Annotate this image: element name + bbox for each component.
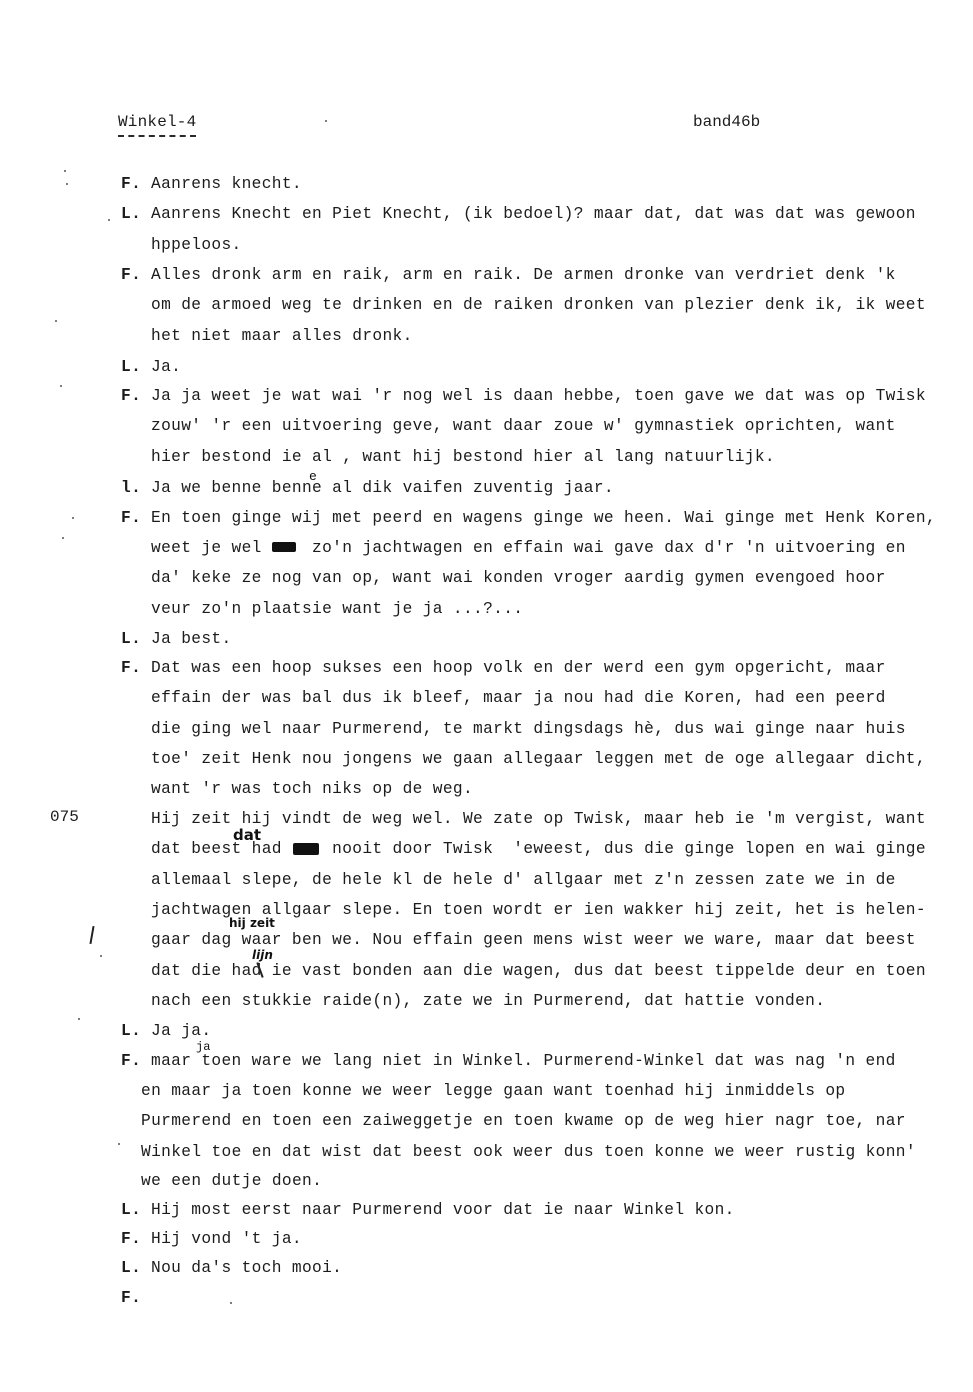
utterance-text: we een dutje doen. — [141, 1172, 322, 1190]
utterance-text: om de armoed weg te drinken en de raiken… — [151, 296, 926, 314]
speck — [108, 219, 110, 221]
utterance-text: die ging wel naar Purmerend, te markt di… — [151, 720, 906, 738]
utterance-text: Hij most eerst naar Purmerend voor dat i… — [151, 1201, 735, 1219]
utterance-text: Aanrens Knecht en Piet Knecht, (ik bedoe… — [151, 205, 916, 223]
utterance-text: zouw' 'r een uitvoering geve, want daar … — [151, 417, 896, 435]
margin-line-number: 075 — [50, 808, 79, 826]
utterance-text: Winkel toe en dat wist dat beest ook wee… — [141, 1143, 916, 1161]
utterance-text: Dat was een hoop sukses een hoop volk en… — [151, 659, 886, 677]
utterance-text: en maar ja toen konne we weer legge gaan… — [141, 1082, 846, 1100]
speck — [325, 120, 327, 122]
utterance-text: toe' zeit Henk nou jongens we gaan alleg… — [151, 750, 926, 768]
utterance-text: effain der was bal dus ik bleef, maar ja… — [151, 689, 886, 707]
speaker-label: F. — [121, 509, 141, 527]
utterance-text: Nou da's toch mooi. — [151, 1259, 342, 1277]
speaker-label: F. — [121, 1289, 141, 1307]
utterance-text: Ja ja weet je wat wai 'r nog wel is daan… — [151, 387, 926, 405]
tape-label: band46b — [693, 113, 760, 131]
utterance-text: maar toen ware we lang niet in Winkel. P… — [151, 1052, 896, 1070]
speaker-label: L. — [121, 1022, 141, 1040]
speck — [118, 1143, 120, 1145]
annotation-dat: dat — [233, 826, 261, 844]
utterance-text: Alles dronk arm en raik, arm en raik. De… — [151, 266, 896, 284]
utterance-text: het niet maar alles dronk. — [151, 327, 413, 345]
utterance-text: allemaal slepe, de hele kl de hele d' al… — [151, 871, 896, 889]
speck — [100, 955, 102, 957]
speaker-label: F. — [121, 387, 141, 405]
speaker-label: F. — [121, 659, 141, 677]
utterance-text: hppeloos. — [151, 236, 242, 254]
annotation-ja: ja — [196, 1040, 210, 1054]
speck — [66, 183, 68, 185]
speck — [62, 537, 64, 539]
utterance-text: want 'r was toch niks op de weg. — [151, 780, 473, 798]
speaker-label: L. — [121, 1201, 141, 1219]
speck — [78, 1018, 80, 1020]
redaction-mark — [293, 843, 319, 855]
utterance-text: weet je wel zo'n jachtwagen en effain wa… — [151, 539, 906, 557]
utterance-text: gaar dag waar ben we. Nou effain geen me… — [151, 931, 916, 949]
utterance-text: Hij zeit hij vindt de weg wel. We zate o… — [151, 810, 926, 828]
annotation-lijn: lijn — [252, 948, 273, 962]
utterance-text: da' keke ze nog van op, want wai konden … — [151, 569, 886, 587]
utterance-text: En toen ginge wij met peerd en wagens gi… — [151, 509, 936, 527]
margin-mark — [89, 926, 94, 944]
speck — [55, 320, 57, 322]
utterance-text: Purmerend en toen een zaiweggetje en toe… — [141, 1112, 906, 1130]
speaker-label: l. — [121, 479, 141, 497]
utterance-text: Ja we benne benne al dik vaifen zuventig… — [151, 479, 614, 497]
transcript-page: Winkel-4 band46b 075 F.Aanrens knecht.L.… — [0, 0, 973, 1392]
utterance-text: dat die had ie vast bonden aan die wagen… — [151, 962, 926, 980]
speaker-label: L. — [121, 205, 141, 223]
speaker-label: L. — [121, 630, 141, 648]
speaker-label: F. — [121, 266, 141, 284]
speaker-label: F. — [121, 1052, 141, 1070]
speck — [64, 170, 66, 172]
utterance-text: Hij vond 't ja. — [151, 1230, 302, 1248]
utterance-text: veur zo'n plaatsie want je ja ...?... — [151, 600, 523, 618]
speaker-label: F. — [121, 175, 141, 193]
speaker-label: F. — [121, 1230, 141, 1248]
speaker-label: L. — [121, 358, 141, 376]
document-title: Winkel-4 — [118, 113, 196, 131]
utterance-text: hier bestond ie al , want hij bestond hi… — [151, 448, 775, 466]
utterance-text: nach een stukkie raide(n), zate we in Pu… — [151, 992, 825, 1010]
annotation-hij-zeit: hij zeit — [229, 916, 275, 930]
speck — [230, 1302, 232, 1304]
utterance-text: Ja. — [151, 358, 181, 376]
utterance-text: Ja ja. — [151, 1022, 211, 1040]
utterance-text: Ja best. — [151, 630, 232, 648]
annotation-superscript-e: e — [309, 469, 317, 484]
redaction-mark — [272, 542, 296, 552]
speaker-label: L. — [121, 1259, 141, 1277]
utterance-text: dat beest had nooit door Twisk 'eweest, … — [151, 840, 926, 858]
speck — [60, 385, 62, 387]
utterance-text: Aanrens knecht. — [151, 175, 302, 193]
speck — [72, 517, 74, 519]
